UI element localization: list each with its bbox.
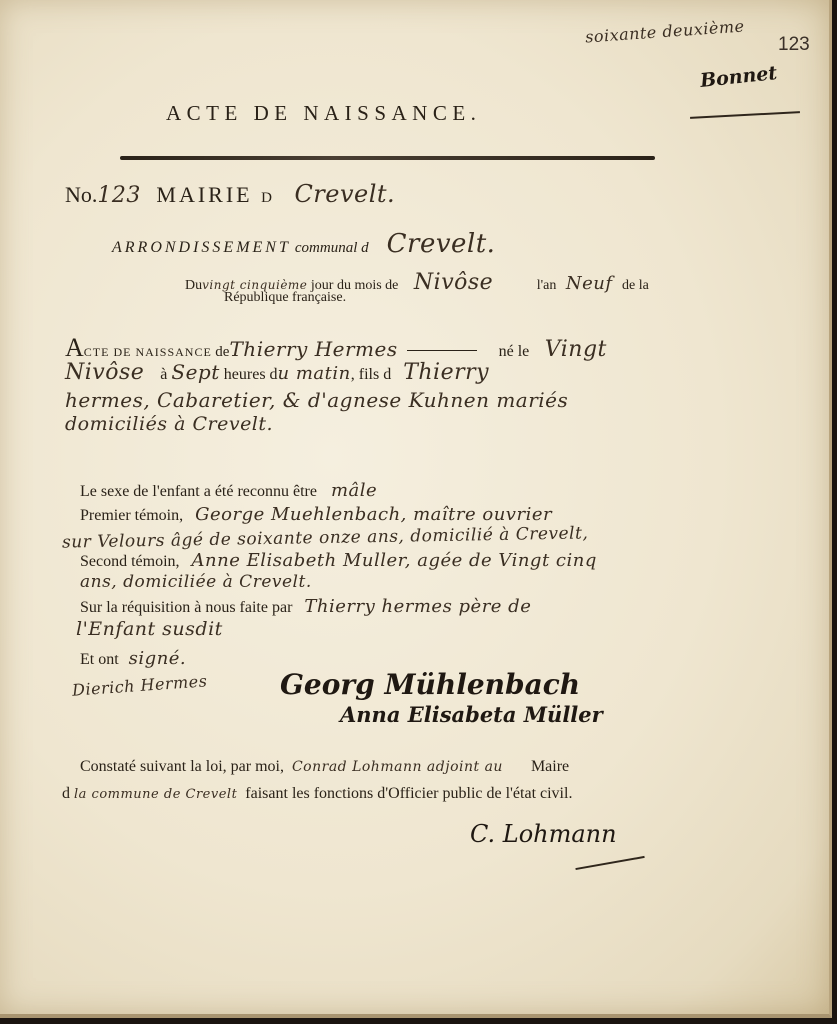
mairie-value: Crevelt. [294,180,395,208]
born-month: Nivôse [65,360,144,385]
witness2-value-2: ans, domiciliée à Crevelt. [80,572,312,592]
attestation-label: Constaté suivant la loi, par moi, [80,758,284,775]
witness1-label: Premier témoin, [80,507,183,524]
requisition-label: Sur la réquisition à nous faite par [80,599,292,616]
corner-note: soixante deuxième [585,16,746,46]
requisition-line-1: Sur la réquisition à nous faite par Thie… [80,596,531,617]
signed-line: Et ont signé. [80,648,186,669]
date-suffix: de la [622,278,649,293]
page-number: 123 [778,34,810,56]
birth-label-initial: A [65,333,84,362]
witness1-value-2: sur Velours âgé de soixante onze ans, do… [62,523,589,552]
son-label: , fils d [351,366,391,383]
sex-label: Le sexe de l'enfant a été reconnu être [80,483,317,500]
child-name: Thierry Hermes [229,337,397,361]
witness2-line-1: Second témoin, Anne Elisabeth Muller, ag… [80,550,597,571]
witness1-line-1: Premier témoin, George Muehlenbach, maît… [80,504,552,525]
attestation-function: faisant les fonctions d'Officier public … [245,785,572,802]
witness2-signature: Anna Elisabeta Müller [340,702,603,727]
witness1-value-1: George Muehlenbach, maître ouvrier [195,504,552,525]
birth-label-de: de [215,344,229,360]
parent-line-3: domiciliés à Crevelt. [65,413,273,435]
father-signature: Dierich Hermes [72,671,208,699]
born-label: né le [499,343,530,360]
republic-label: République française. [224,290,346,306]
record-number: 123 [97,183,141,208]
requisition-value-2: l'Enfant susdit [76,618,223,640]
record-number-line: No.123 MAIRIE d Crevelt. [65,180,395,208]
date-year-label: l'an [537,278,557,293]
birth-line-1: ACTE DE NAISSANCE deThierry Hermes né le… [65,333,607,363]
date-prefix: Du [185,278,202,293]
attestation-d: d [62,785,70,802]
at-label: à [160,366,167,383]
title-rule [120,156,655,160]
sex-value: mâle [331,480,377,501]
birth-label: CTE DE NAISSANCE [84,345,212,359]
mairie-label: MAIRIE d [156,182,275,207]
number-label: No. [65,182,97,207]
witness2-label: Second témoin, [80,553,180,570]
sex-line: Le sexe de l'enfant a été reconnu être m… [80,480,377,501]
attestation-commune: la commune de Crevelt [74,787,237,802]
attestation-officer: Conrad Lohmann adjoint au [292,759,503,775]
parent-line-2: hermes, Cabaretier, & d'agnese Kuhnen ma… [65,388,568,412]
arrondissement-line: ARRONDISSEMENT communal d Crevelt. [112,229,495,259]
birth-line-2: Nivôse à Sept heures du matin, fils d Th… [65,360,489,385]
date-year: Neuf [566,273,613,294]
attestation-line-2: d la commune de Crevelt faisant les fonc… [62,785,572,803]
arrondissement-label: ARRONDISSEMENT [112,239,291,256]
arrondissement-communal: communal d [295,240,369,256]
attestation-line-1: Constaté suivant la loi, par moi, Conrad… [80,758,569,776]
parent-line-1: Thierry [403,360,489,385]
requisition-value-1: Thierry hermes père de [304,596,531,617]
officer-signature-flourish [575,856,644,870]
arrondissement-value: Crevelt. [387,229,496,259]
initials-flourish [690,111,800,119]
time-of-day: u matin [278,363,351,384]
date-month: Nivôse [414,270,493,295]
officer-signature: C. Lohmann [470,820,617,848]
corner-initials: Bonnet [699,62,778,92]
hour-label: heures d [224,366,278,383]
birth-hour: Sept [171,360,219,384]
attestation-maire: Maire [531,758,569,775]
blank-stroke [407,350,477,351]
born-day: Vingt [545,337,607,362]
witness2-value-1: Anne Elisabeth Muller, agée de Vingt cin… [192,550,597,571]
signed-label: Et ont [80,651,119,668]
witness1-signature: Georg Mühlenbach [280,668,580,701]
signed-value: signé. [129,648,186,669]
document-title: ACTE DE NAISSANCE. [166,101,481,126]
document-page: soixante deuxième 123 Bonnet ACTE DE NAI… [0,0,832,1018]
